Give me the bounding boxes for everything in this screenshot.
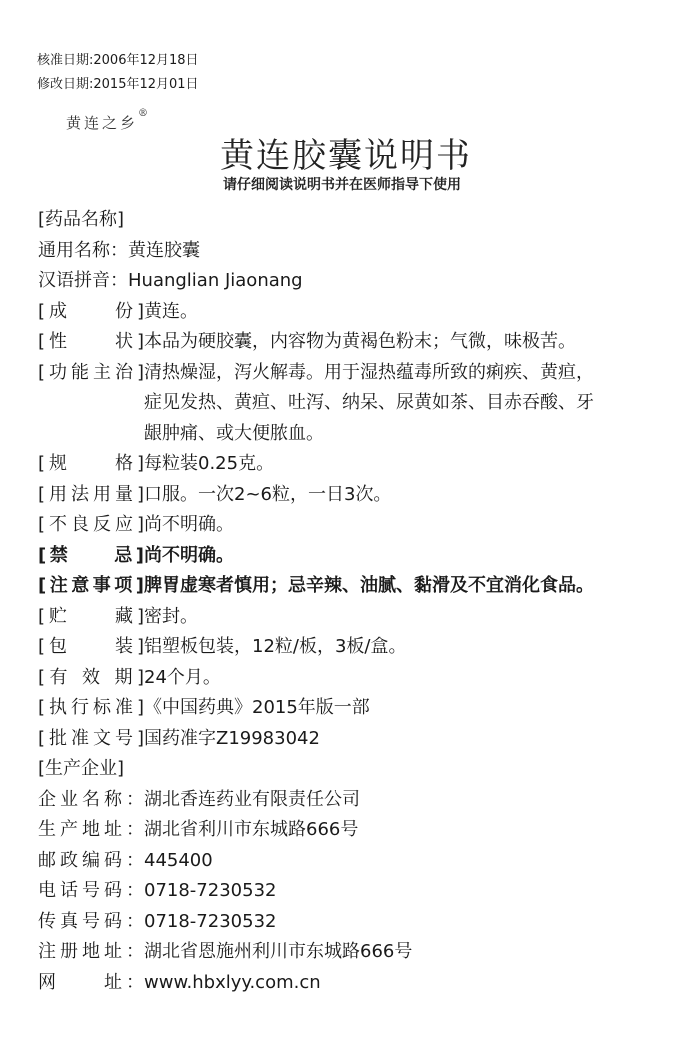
dosage-value: 口服。一次2~6粒，一日3次。 xyxy=(144,480,391,511)
standard-label: [执行标准] xyxy=(38,693,144,724)
phone-value: 0718-7230532 xyxy=(144,876,276,907)
postcode-row: 邮政编码：445400 xyxy=(38,846,698,877)
indications-label: [功能主治] xyxy=(38,358,144,389)
pinyin-label: 汉语拼音： xyxy=(38,266,128,297)
precautions-value: 脾胃虚寒者慎用；忌辛辣、油腻、黏滑及不宜消化食品。 xyxy=(144,571,594,602)
storage-row: [贮 藏]密封。 xyxy=(38,602,698,633)
contraindications-label: [禁 忌] xyxy=(38,541,144,572)
brand-name: 黄连之乡 xyxy=(66,114,138,132)
description-row: [性 状]本品为硬胶囊，内容物为黄褐色粉末；气微，味极苦。 xyxy=(38,327,698,358)
expiry-row: [有 效 期]24个月。 xyxy=(38,663,698,694)
specification-row: [规 格]每粒装0.25克。 xyxy=(38,449,698,480)
standard-value: 《中国药典》2015年版一部 xyxy=(144,693,370,724)
indications-row: [功能主治]清热燥湿，泻火解毒。用于湿热蕴毒所致的痢疾、黄疸， xyxy=(38,358,698,389)
specification-value: 每粒装0.25克。 xyxy=(144,449,274,480)
generic-name-value: 黄连胶囊 xyxy=(128,236,200,267)
website-row: 网 址：www.hbxlyy.com.cn xyxy=(38,968,698,999)
drug-name-heading-row: [药品名称] xyxy=(38,205,698,236)
expiry-label: [有 效 期] xyxy=(38,663,144,694)
fax-label: 传真号码： xyxy=(38,907,144,938)
document-subtitle: 请仔细阅读说明书并在医师指导下使用 xyxy=(223,174,461,194)
registered-address-label: 注册地址： xyxy=(38,937,144,968)
approval-number-label: [批准文号] xyxy=(38,724,144,755)
indications-row-cont: 龈肿痛、或大便脓血。 xyxy=(38,419,698,450)
fax-value: 0718-7230532 xyxy=(144,907,276,938)
package-row: [包 装]铝塑板包装，12粒/板，3板/盒。 xyxy=(38,632,698,663)
dosage-label: [用法用量] xyxy=(38,480,144,511)
fax-row: 传真号码：0718-7230532 xyxy=(38,907,698,938)
registered-address-value: 湖北省恩施州利川市东城路666号 xyxy=(144,937,412,968)
revision-date: 修改日期:2015年12月01日 xyxy=(37,73,199,97)
storage-label: [贮 藏] xyxy=(38,602,144,633)
description-label: [性 状] xyxy=(38,327,144,358)
package-value: 铝塑板包装，12粒/板，3板/盒。 xyxy=(144,632,406,663)
adverse-value: 尚不明确。 xyxy=(144,510,234,541)
precautions-row: [注意事项]脾胃虚寒者慎用；忌辛辣、油腻、黏滑及不宜消化食品。 xyxy=(38,571,698,602)
pinyin-row: 汉语拼音：Huanglian Jiaonang xyxy=(38,266,698,297)
postcode-value: 445400 xyxy=(144,846,213,877)
website-label: 网 址： xyxy=(38,968,144,999)
document-title: 黄连胶囊说明书 xyxy=(220,128,472,177)
indications-line-2: 症见发热、黄疸、吐泻、纳呆、尿黄如茶、目赤吞酸、牙 xyxy=(144,388,594,419)
manufacturer-heading: [生产企业] xyxy=(38,754,124,785)
approval-date: 核准日期:2006年12月18日 xyxy=(37,49,199,73)
ingredients-label: [成 份] xyxy=(38,297,144,328)
postcode-label: 邮政编码： xyxy=(38,846,144,877)
contraindications-value: 尚不明确。 xyxy=(144,541,234,572)
approval-number-value: 国药准字Z19983042 xyxy=(144,724,320,755)
registered-mark-icon: ® xyxy=(138,108,148,119)
package-label: [包 装] xyxy=(38,632,144,663)
brand-logo: 黄连之乡® xyxy=(66,112,148,133)
approval-number-row: [批准文号]国药准字Z19983042 xyxy=(38,724,698,755)
storage-value: 密封。 xyxy=(144,602,198,633)
registered-address-row: 注册地址：湖北省恩施州利川市东城路666号 xyxy=(38,937,698,968)
company-name-label: 企业名称： xyxy=(38,785,144,816)
production-address-label: 生产地址： xyxy=(38,815,144,846)
adverse-row: [不良反应]尚不明确。 xyxy=(38,510,698,541)
phone-row: 电话号码：0718-7230532 xyxy=(38,876,698,907)
date-block: 核准日期:2006年12月18日 修改日期:2015年12月01日 xyxy=(37,49,199,97)
ingredients-row: [成 份]黄连。 xyxy=(38,297,698,328)
manufacturer-heading-row: [生产企业] xyxy=(38,754,698,785)
description-value: 本品为硬胶囊，内容物为黄褐色粉末；气微，味极苦。 xyxy=(144,327,576,358)
company-name-value: 湖北香连药业有限责任公司 xyxy=(144,785,360,816)
generic-name-label: 通用名称： xyxy=(38,236,128,267)
standard-row: [执行标准]《中国药典》2015年版一部 xyxy=(38,693,698,724)
website-value: www.hbxlyy.com.cn xyxy=(144,968,321,999)
production-address-value: 湖北省利川市东城路666号 xyxy=(144,815,358,846)
indications-line-1: 清热燥湿，泻火解毒。用于湿热蕴毒所致的痢疾、黄疸， xyxy=(144,358,594,389)
specification-label: [规 格] xyxy=(38,449,144,480)
leaflet-body: [药品名称] 通用名称：黄连胶囊 汉语拼音：Huanglian Jiaonang… xyxy=(38,205,698,998)
production-address-row: 生产地址：湖北省利川市东城路666号 xyxy=(38,815,698,846)
indications-row-cont: 症见发热、黄疸、吐泻、纳呆、尿黄如茶、目赤吞酸、牙 xyxy=(38,388,698,419)
pinyin-value: Huanglian Jiaonang xyxy=(128,266,303,297)
indications-line-3: 龈肿痛、或大便脓血。 xyxy=(144,419,324,450)
drug-name-heading: [药品名称] xyxy=(38,205,124,236)
phone-label: 电话号码： xyxy=(38,876,144,907)
precautions-label: [注意事项] xyxy=(38,571,144,602)
ingredients-value: 黄连。 xyxy=(144,297,198,328)
generic-name-row: 通用名称：黄连胶囊 xyxy=(38,236,698,267)
adverse-label: [不良反应] xyxy=(38,510,144,541)
dosage-row: [用法用量]口服。一次2~6粒，一日3次。 xyxy=(38,480,698,511)
company-name-row: 企业名称：湖北香连药业有限责任公司 xyxy=(38,785,698,816)
expiry-value: 24个月。 xyxy=(144,663,221,694)
contraindications-row: [禁 忌]尚不明确。 xyxy=(38,541,698,572)
